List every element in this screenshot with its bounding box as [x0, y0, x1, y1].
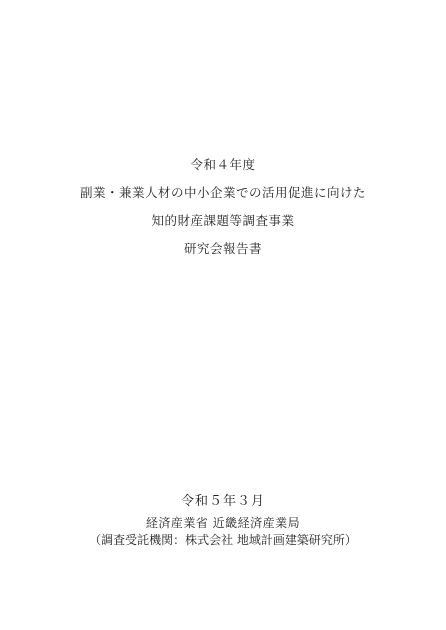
contractor-note: （調査受託機関：株式会社 地域計画建築研究所） [0, 532, 446, 549]
publishing-organization: 経済産業省 近畿経済産業局 [0, 515, 446, 532]
publication-block: 令和５年３月 経済産業省 近畿経済産業局 （調査受託機関：株式会社 地域計画建築… [0, 489, 446, 549]
report-cover-page: 令和４年度 副業・兼業人材の中小企業での活用促進に向けた 知的財産課題等調査事業… [0, 0, 446, 630]
project-title-line-1: 副業・兼業人材の中小企業での活用促進に向けた [0, 179, 446, 207]
publication-date: 令和５年３月 [0, 489, 446, 515]
report-type-line: 研究会報告書 [0, 235, 446, 263]
title-block: 令和４年度 副業・兼業人材の中小企業での活用促進に向けた 知的財産課題等調査事業… [0, 151, 446, 263]
project-title-line-2: 知的財産課題等調査事業 [0, 207, 446, 235]
fiscal-year-line: 令和４年度 [0, 151, 446, 179]
